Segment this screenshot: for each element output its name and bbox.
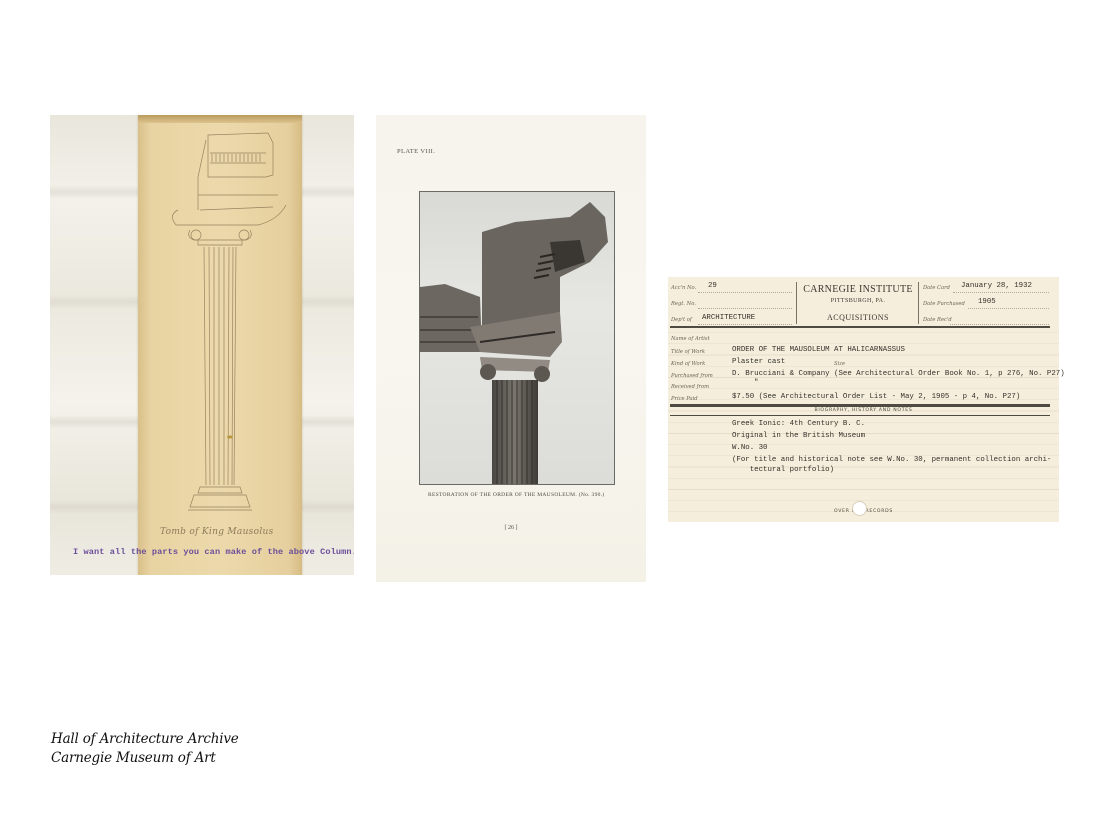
date-received-label: Date Rec'd (923, 317, 952, 323)
accession-number-value: 29 (708, 282, 717, 290)
institution-name: CARNEGIE INSTITUTE (798, 284, 918, 295)
plate-caption: RESTORATION OF THE ORDER OF THE MAUSOLEU… (428, 492, 604, 498)
title-label: Title of Work (671, 349, 705, 355)
credit-line-archive: Hall of Architecture Archive (51, 730, 239, 749)
header-rule (670, 326, 1050, 328)
credit-caption: Hall of Architecture Archive Carnegie Mu… (51, 730, 239, 768)
tissue-drawing-panel: Tomb of King Mausolus I want all the par… (50, 115, 354, 575)
column-photograph (419, 191, 615, 485)
size-label: Size (834, 361, 845, 367)
note-line: Original in the British Museum (732, 432, 865, 440)
kind-label: Kind of Work (671, 361, 705, 367)
department-value: ARCHITECTURE (702, 314, 755, 322)
price-paid-value: $7.50 (See Architectural Order List - Ma… (732, 393, 1020, 401)
note-line: tectural portfolio) (732, 466, 834, 474)
field-line (953, 292, 1049, 293)
kind-value: Plaster cast (732, 358, 785, 366)
regt-number-label: Regt. No. (671, 301, 696, 307)
department-label: Dep't of (671, 317, 692, 323)
field-line (698, 324, 792, 325)
page-number: [ 26 ] (376, 525, 646, 531)
acquisitions-title: ACQUISITIONS (798, 313, 918, 322)
field-line (968, 308, 1049, 309)
body-rule (670, 404, 1050, 407)
ionic-order-photo-icon (420, 192, 614, 484)
notes-rule (670, 415, 1050, 416)
institution-city: PITTSBURGH, PA. (798, 298, 918, 304)
price-paid-label: Price Paid (671, 396, 698, 402)
acquisition-card: Acc'n No. 29 Regt. No. Dep't of ARCHITEC… (668, 277, 1059, 522)
received-from-label: Received from (671, 384, 709, 390)
note-line: Greek Ionic: 4th Century B. C. (732, 420, 865, 428)
date-purchased-value: 1905 (978, 298, 996, 306)
note-line: W.No. 30 (732, 444, 767, 452)
header-divider (796, 282, 797, 324)
book-plate-panel: PLATE VIII. (376, 115, 646, 582)
plate-label: PLATE VIII. (397, 148, 435, 155)
typed-request-note: I want all the parts you can make of the… (73, 547, 354, 557)
handwritten-inscription: Tomb of King Mausolus (160, 527, 280, 537)
received-from-value: " (754, 379, 758, 387)
field-line (950, 324, 1049, 325)
header-divider (918, 282, 919, 324)
title-value: ORDER OF THE MAUSOLEUM AT HALICARNASSUS (732, 346, 905, 354)
field-line (698, 308, 792, 309)
credit-line-museum: Carnegie Museum of Art (51, 749, 239, 768)
purchased-from-label: Purchased from (671, 373, 713, 379)
date-card-value: January 28, 1932 (961, 282, 1032, 290)
accession-number-label: Acc'n No. (671, 285, 696, 291)
notes-heading: BIOGRAPHY, HISTORY AND NOTES (668, 408, 1059, 413)
date-card-label: Date Card (923, 285, 950, 291)
date-purchased-label: Date Purchased (923, 301, 965, 307)
note-line: (For title and historical note see W.No.… (732, 456, 1051, 464)
column-sketch-icon (138, 115, 302, 545)
purchased-from-value: D. Brucciani & Company (See Architectura… (732, 370, 1065, 378)
artist-label: Name of Artist (671, 336, 710, 342)
punch-hole (852, 501, 867, 516)
field-line (698, 292, 792, 293)
